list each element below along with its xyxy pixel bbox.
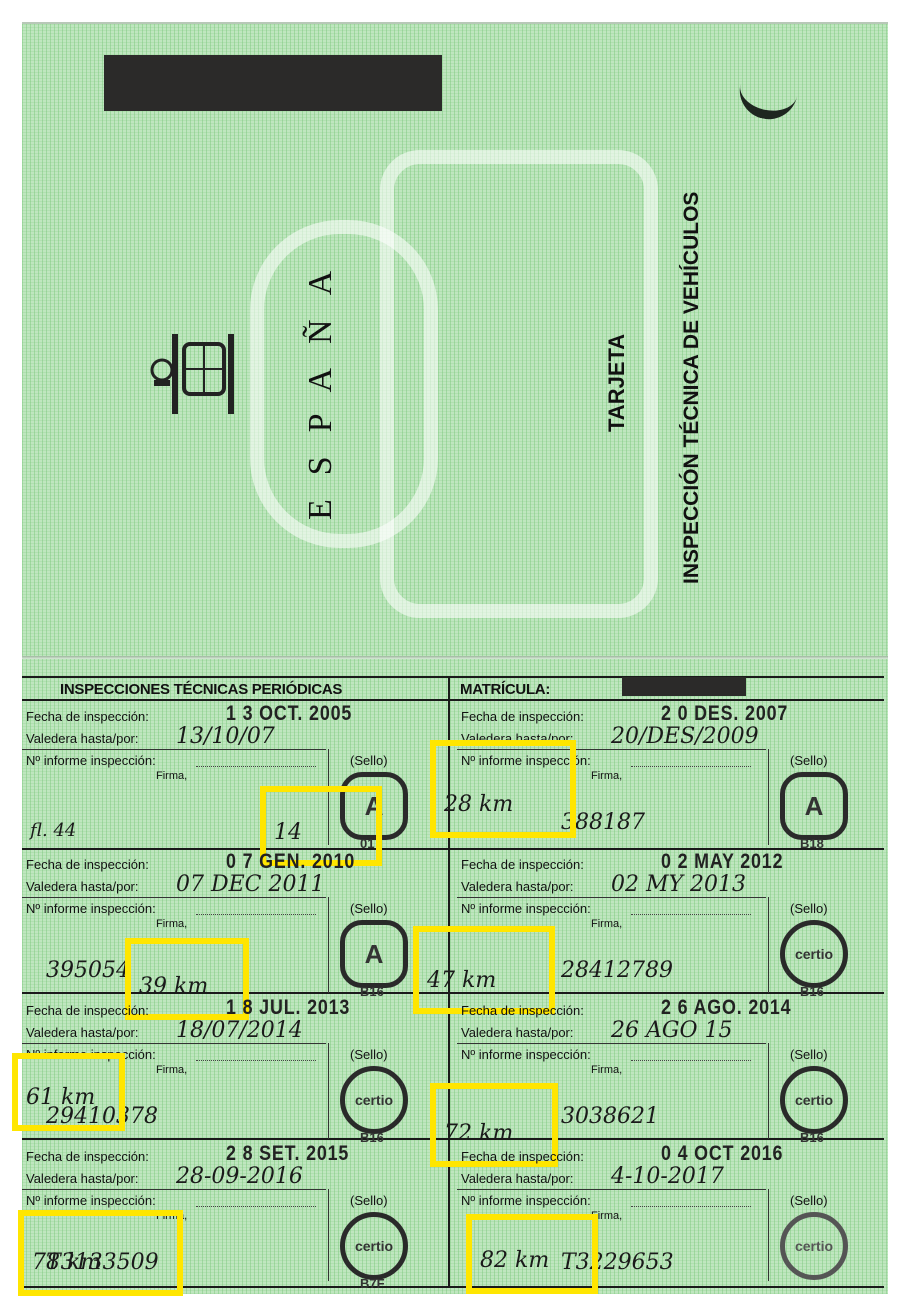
seal-label: (Sello) [790,753,828,768]
report-number-handwritten: 28412789 [561,958,673,983]
seal-code: B7F [360,1276,385,1291]
seal-label: (Sello) [350,1193,388,1208]
redacted-plate [622,677,746,696]
odometer-km-handwritten: 47 km [427,968,496,993]
report-number-label: Nº informe inspección: [26,753,156,768]
valid-row-rule [457,1189,766,1190]
valid-until-handwritten: 20/DES/2009 [611,724,759,749]
seal-divider [328,897,329,993]
valid-row-rule [22,1043,326,1044]
left-column-header: INSPECCIONES TÉCNICAS PERIÓDICAS [60,681,342,698]
report-number-label: Nº informe inspección: [461,1193,591,1208]
inspection-date-stamp: 1 8 JUL. 2013 [226,996,350,1020]
odometer-km-handwritten: 14 [274,820,302,845]
inspection-date-stamp: 1 3 OCT. 2005 [226,702,352,726]
valid-row-rule [22,897,326,898]
margin-note-handwritten: fl. 44 [30,820,76,841]
inspection-date-stamp: 2 0 DES. 2007 [661,702,788,726]
seal-label: (Sello) [790,1047,828,1062]
country-title: ESPAÑA [302,247,340,520]
report-dots [196,1060,316,1061]
card-subtitle: INSPECCIÓN TÉCNICA DE VEHÍCULOS [680,192,704,584]
inspection-date-stamp: 2 6 AGO. 2014 [661,996,791,1020]
inspection-date-label: Fecha de inspección: [461,709,584,724]
valid-until-label: Valedera hasta/por: [461,879,574,894]
plate-label: MATRÍCULA: [460,681,550,698]
report-number-handwritten: 3038621 [561,1104,659,1129]
seal-label: (Sello) [790,901,828,916]
inspection-date-label: Fecha de inspección: [461,1149,584,1164]
seal-label: (Sello) [350,901,388,916]
signature-label: Firma, [591,1064,622,1076]
odometer-km-handwritten: 72 km [444,1121,513,1146]
inspection-date-stamp: 0 2 MAY 2012 [661,850,783,874]
seal-divider [768,1043,769,1139]
seal-divider [768,1189,769,1281]
coat-of-arms-icon [150,330,246,420]
signature-label: Firma, [156,918,187,930]
valid-until-handwritten: 26 AGO 15 [611,1018,732,1043]
report-dots [631,766,751,767]
seal-label: (Sello) [350,1047,388,1062]
seal-code: B16 [800,984,824,999]
valid-until-label: Valedera hasta/por: [461,1171,574,1186]
inspection-date-stamp: 2 8 SET. 2015 [226,1142,349,1166]
valid-until-handwritten: 18/07/2014 [176,1018,303,1043]
report-number-handwritten: 395054 [46,958,130,983]
seal-code: B18 [800,836,824,851]
valid-row-rule [22,749,326,750]
report-number-label: Nº informe inspección: [461,1047,591,1062]
inspection-date-label: Fecha de inspección: [26,1149,149,1164]
inspection-seal-stamp: certio [780,1066,848,1134]
inspection-seal-stamp: A [780,772,848,840]
valid-until-handwritten: 13/10/07 [176,724,275,749]
odometer-km-handwritten: 82 km [480,1248,549,1273]
valid-row-rule [22,1189,326,1190]
seal-divider [768,749,769,845]
report-number-label: Nº informe inspección: [461,901,591,916]
fold-crease [22,656,888,659]
report-dots [196,766,316,767]
odometer-km-handwritten: 78 km [32,1250,101,1275]
report-number-label: Nº informe inspección: [26,1193,156,1208]
signature-label: Firma, [156,770,187,782]
inspection-date-label: Fecha de inspección: [461,857,584,872]
inspection-date-label: Fecha de inspección: [26,857,149,872]
seal-divider [768,897,769,993]
valid-until-label: Valedera hasta/por: [26,1025,139,1040]
valid-until-label: Valedera hasta/por: [461,1025,574,1040]
report-dots [631,1060,751,1061]
valid-until-label: Valedera hasta/por: [26,1171,139,1186]
valid-until-label: Valedera hasta/por: [26,731,139,746]
odometer-highlight-box [430,740,576,838]
report-dots [196,914,316,915]
signature-label: Firma, [156,1064,187,1076]
report-number-label: Nº informe inspección: [26,901,156,916]
inspection-date-stamp: 0 7 GEN. 2010 [226,850,355,874]
inspection-seal-stamp: certio [340,1066,408,1134]
seal-label: (Sello) [350,753,388,768]
inspection-seal-stamp: A [340,920,408,988]
seal-divider [328,1043,329,1139]
inspection-seal-stamp: certio [780,920,848,988]
valid-until-handwritten: 07 DEC 2011 [176,872,325,897]
inspection-seal-stamp: certio [780,1212,848,1280]
valid-until-handwritten: 4-10-2017 [611,1164,724,1189]
valid-row-rule [457,1043,766,1044]
seal-code: B16 [360,984,384,999]
report-dots [196,1206,316,1207]
card-title: TARJETA [604,334,630,432]
odometer-km-handwritten: 39 km [139,974,208,999]
odometer-km-handwritten: 61 km [26,1085,95,1110]
valid-until-handwritten: 02 MY 2013 [611,872,746,897]
seal-divider [328,1189,329,1281]
valid-until-handwritten: 28-09-2016 [176,1164,303,1189]
header-rule [22,699,884,701]
inspection-date-label: Fecha de inspección: [26,709,149,724]
report-dots [631,914,751,915]
table-top-rule [22,676,884,678]
signature-label: Firma, [591,770,622,782]
valid-row-rule [457,897,766,898]
inspection-date-label: Fecha de inspección: [461,1003,584,1018]
report-dots [631,1206,751,1207]
signature-label: Firma, [591,918,622,930]
seal-code: B16 [800,1130,824,1145]
valid-until-label: Valedera hasta/por: [26,879,139,894]
inspection-date-stamp: 0 4 OCT 2016 [661,1142,783,1166]
redacted-name-block [104,55,442,111]
inspection-seal-stamp: certio [340,1212,408,1280]
seal-label: (Sello) [790,1193,828,1208]
seal-code: B16 [360,1130,384,1145]
inspection-date-label: Fecha de inspección: [26,1003,149,1018]
odometer-km-handwritten: 28 km [444,792,513,817]
